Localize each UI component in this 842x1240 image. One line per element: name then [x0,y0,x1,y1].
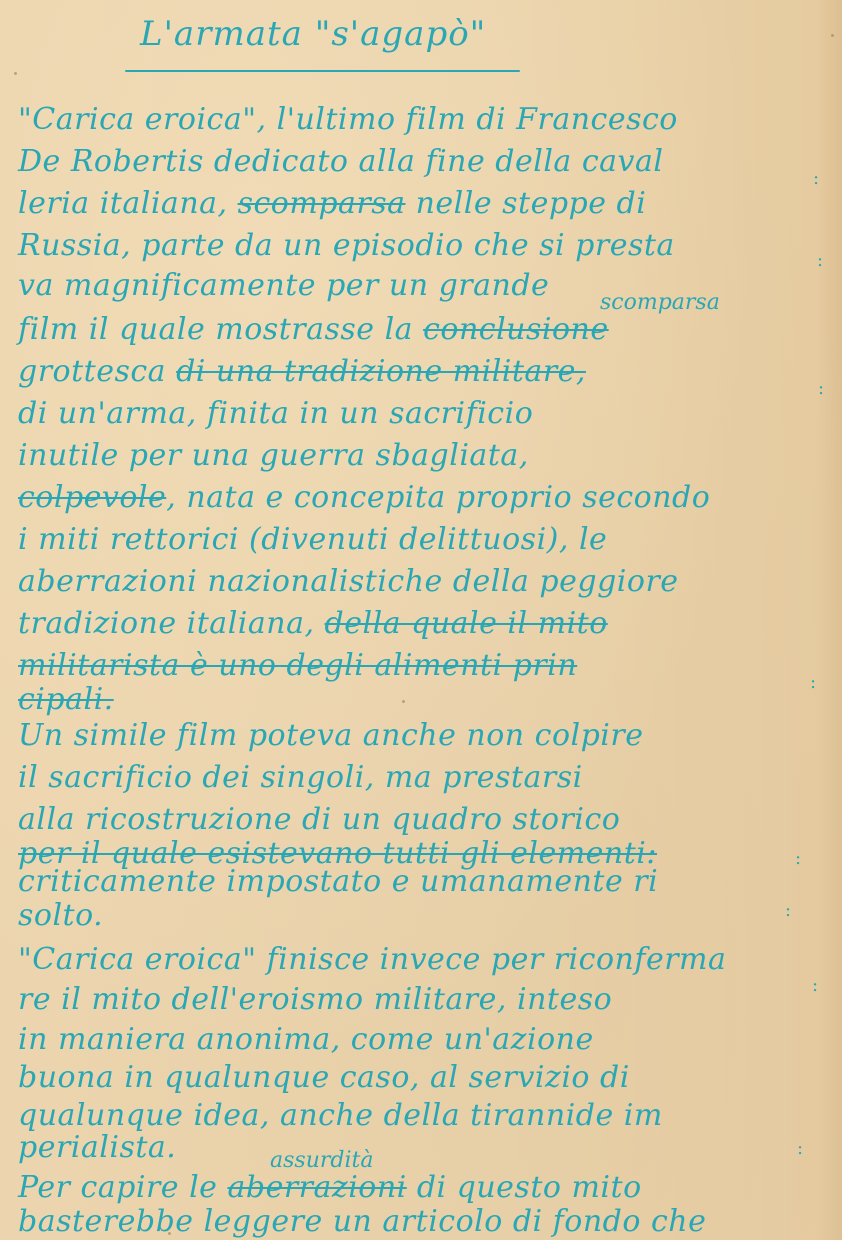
line-text: il sacrificio dei singoli, ma prestarsi [18,760,583,795]
paper-speck [14,72,17,75]
text-line: in maniera anonima, come un'azione [18,1020,594,1060]
text-line: buona in qualunque caso, al servizio di [18,1058,630,1098]
page-title: L'armata "s'agapò" [140,14,486,54]
line-text: Un simile film poteva anche non colpire [18,718,644,753]
text-line: criticamente impostato e umanamente ri [18,862,658,902]
paper-speck [168,1232,171,1235]
line-text: alla ricostruzione di un quadro storico [18,802,620,837]
text-line: tradizione italiana, della quale il mito [18,604,608,644]
line-text: va magnificamente per un grande [18,268,549,303]
line-text: tradizione italiana, [18,606,325,641]
title-underline [125,70,520,72]
text-line: Russia, parte da un episodio che si pres… [18,226,675,266]
deleted-text: della quale il mito [325,606,608,641]
line-text: "Carica eroica" finisce invece per ricon… [18,942,726,977]
text-line: film il quale mostrasse la conclusione [18,310,609,350]
paper-speck [831,34,834,37]
line-text: in maniera anonima, come un'azione [18,1022,594,1057]
line-text: Russia, parte da un episodio che si pres… [18,228,675,263]
margin-mark: : [817,250,823,271]
line-text: di questo mito [407,1170,642,1205]
text-line: re il mito dell'eroismo militare, inteso [18,980,612,1020]
line-text: , nata e concepita proprio secondo [166,480,710,515]
manuscript-page: L'armata "s'agapò" "Carica eroica", l'ul… [0,0,842,1240]
text-line: "Carica eroica" finisce invece per ricon… [18,940,726,980]
line-text: nelle steppe di [406,186,647,221]
line-text: De Robertis dedicato alla fine della cav… [18,144,663,179]
text-line: Un simile film poteva anche non colpire [18,716,644,756]
deleted-text: conclusione [423,312,609,347]
line-text: criticamente impostato e umanamente ri [18,864,658,899]
line-text: perialista. [18,1130,176,1165]
deleted-text: colpevole [18,480,166,515]
text-line: va magnificamente per un grande [18,266,549,306]
deleted-text: scomparsa [238,186,406,221]
line-text: di un'arma, finita in un sacrificio [18,396,533,431]
text-line: solto. [18,896,103,936]
text-line: i miti rettorici (divenuti delittuosi), … [18,520,607,560]
margin-mark: : [785,900,791,921]
text-line: colpevole, nata e concepita proprio seco… [18,478,710,518]
line-text: re il mito dell'eroismo militare, inteso [18,982,612,1017]
margin-mark: : [812,975,818,996]
text-line: leria italiana, scomparsa nelle steppe d… [18,184,646,224]
text-line: De Robertis dedicato alla fine della cav… [18,142,663,182]
text-line: grottesca di una tradizione militare, [18,352,586,392]
margin-mark: : [813,168,819,189]
line-text: film il quale mostrasse la [18,312,423,347]
deleted-text: cipali. [18,682,114,717]
line-text: basterebbe leggere un articolo di fondo … [18,1204,706,1239]
deleted-text: militarista è uno degli alimenti prin [18,648,577,683]
text-line: "Carica eroica", l'ultimo film di France… [18,100,678,140]
margin-mark: : [795,848,801,869]
deleted-text: di una tradizione militare, [176,354,586,389]
line-text: aberrazioni nazionalistiche della [18,564,539,599]
margin-mark: : [810,672,816,693]
deleted-text: aberrazioni [227,1170,406,1205]
inserted-text: scomparsa [600,290,720,315]
line-text: inutile per una guerra sbagliata, [18,438,529,473]
text-line: di un'arma, finita in un sacrificio [18,394,533,434]
margin-mark: : [797,1138,803,1159]
text-line: basterebbe leggere un articolo di fondo … [18,1202,706,1240]
line-text: "Carica eroica", l'ultimo film di France… [18,102,678,137]
text-line: cipali. [18,680,114,720]
text-line: perialista. [18,1128,176,1168]
text-line: il sacrificio dei singoli, ma prestarsi [18,758,583,798]
line-text: grottesca [18,354,176,389]
margin-mark: : [818,378,824,399]
line-text: i miti rettorici (divenuti delittuosi), … [18,522,607,557]
line-text: Per capire le [18,1170,227,1205]
text-line: inutile per una guerra sbagliata, [18,436,529,476]
paper-speck [402,700,405,703]
line-text: leria italiana, [18,186,238,221]
line-text: buona in qualunque caso, al servizio di [18,1060,630,1095]
text-line: aberrazioni nazionalistiche della peggio… [18,562,679,602]
line-text: solto. [18,898,103,933]
inserted-text: peggiore [539,564,678,599]
